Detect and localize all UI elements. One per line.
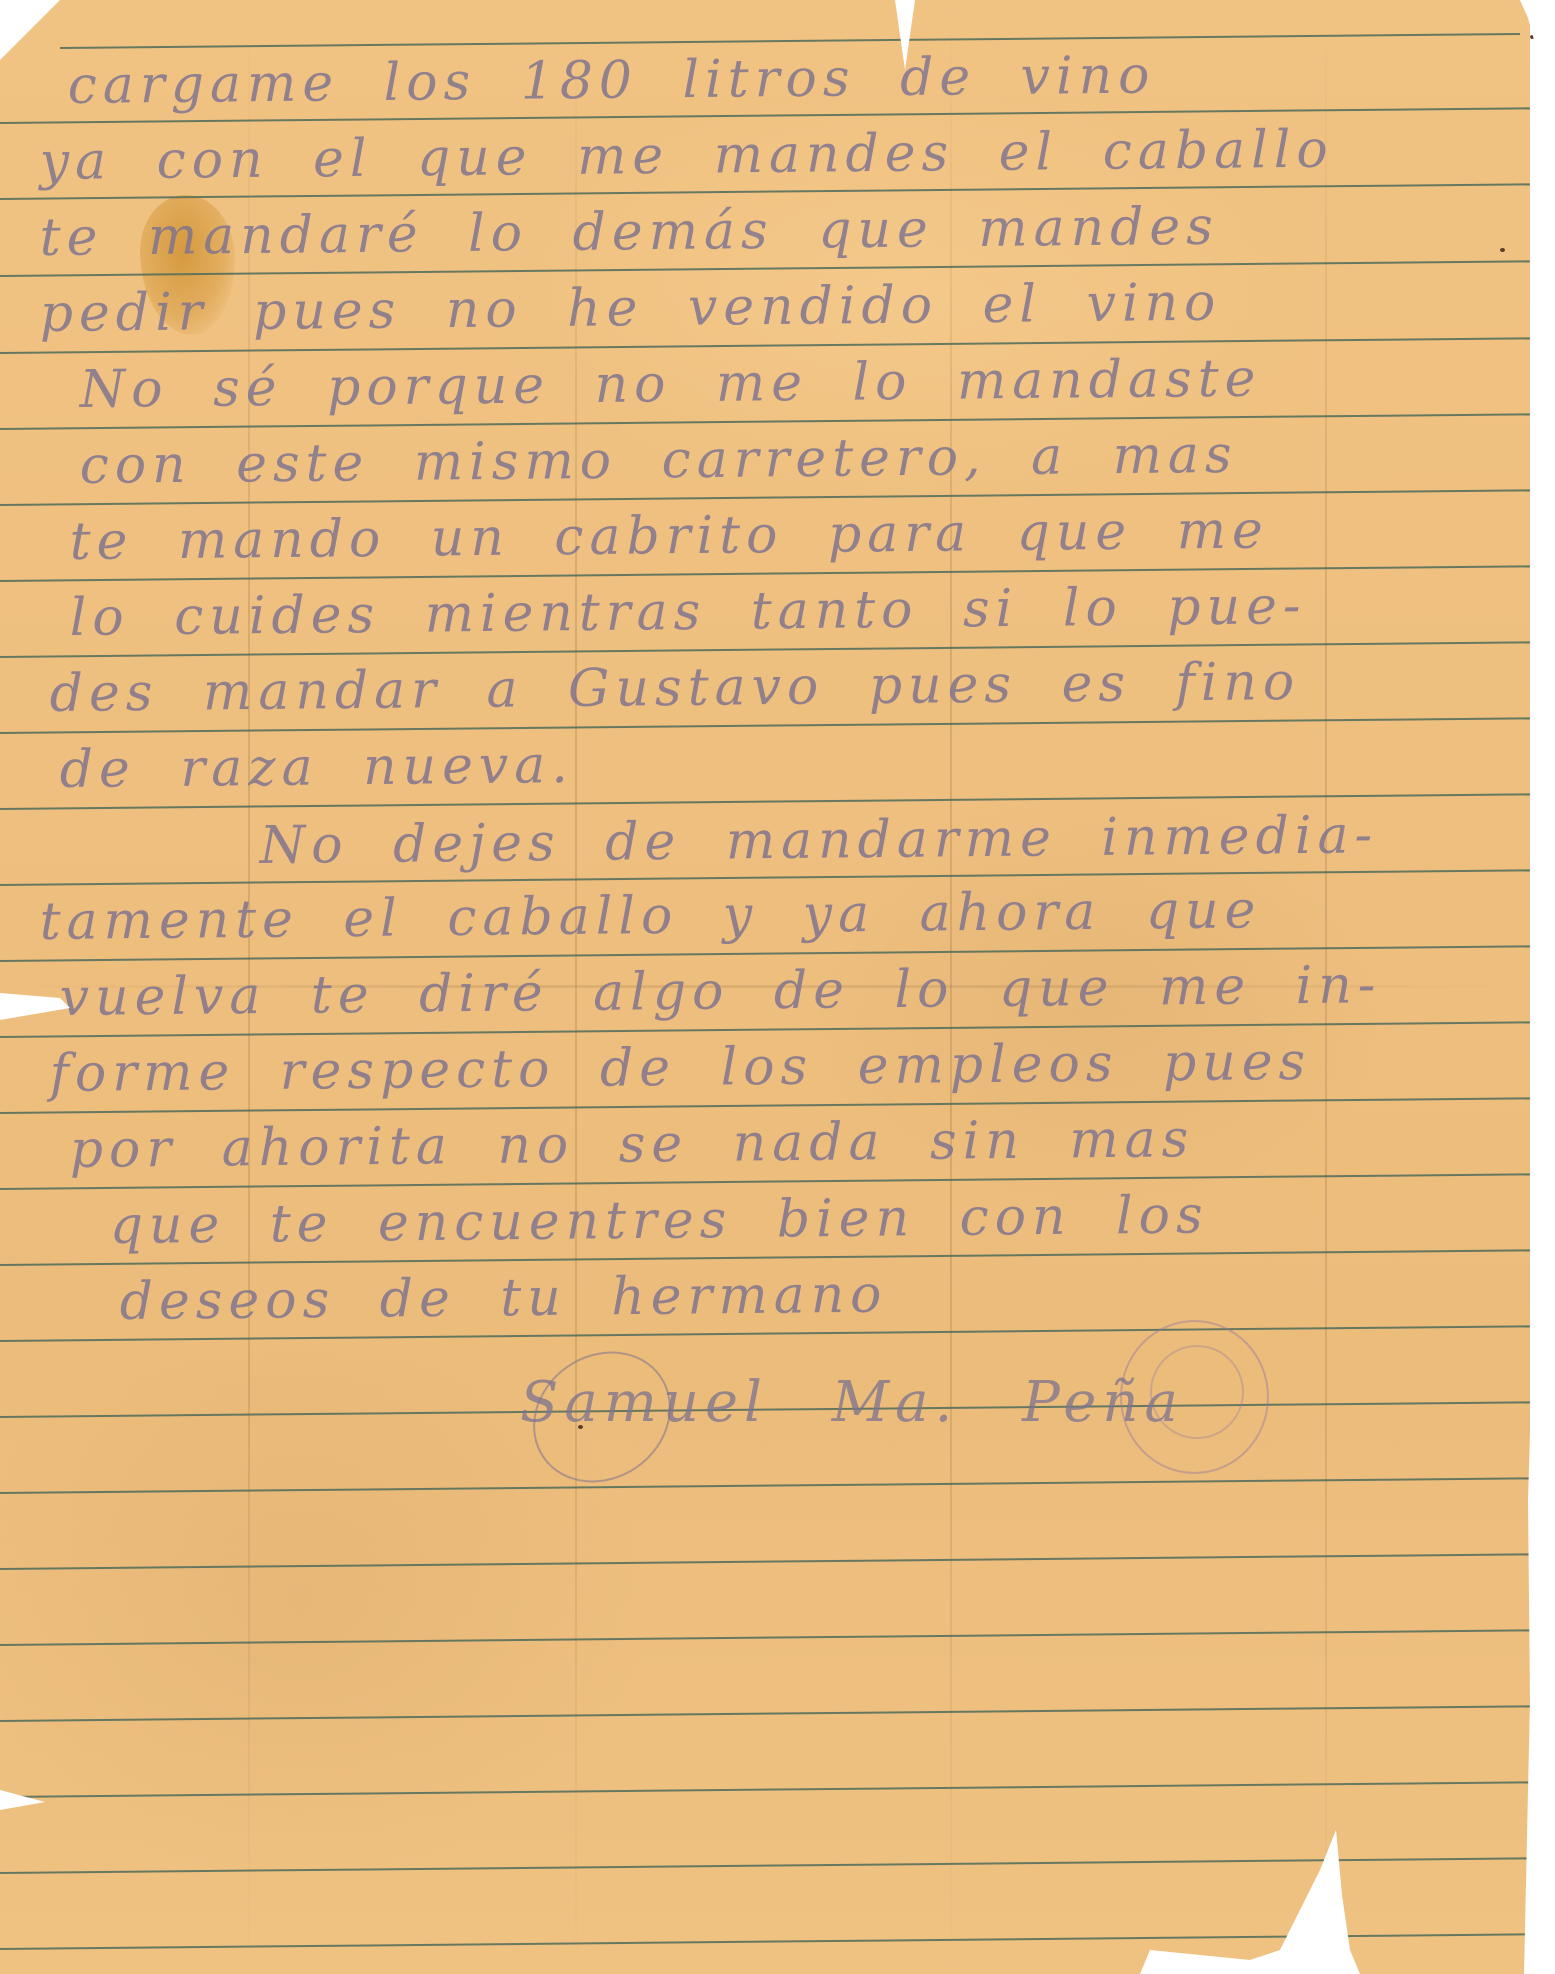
ink-speck bbox=[578, 1425, 583, 1429]
letter-line: te mando un cabrito para que me bbox=[69, 500, 1269, 572]
letter-line: No sé porque no me lo mandaste bbox=[79, 349, 1261, 420]
letter-line: te mandaré lo demás que mandes bbox=[39, 197, 1219, 268]
ruled-line bbox=[0, 1705, 1530, 1722]
letter-line: de raza nueva. bbox=[59, 735, 574, 800]
signature: Samuel Ma. Peña bbox=[520, 1370, 1184, 1435]
letter-line: ya con el que me mandes el caballo bbox=[39, 120, 1334, 192]
ruled-line bbox=[0, 1629, 1530, 1646]
ruled-line bbox=[0, 1857, 1530, 1874]
letter-line: deseos de tu hermano bbox=[119, 1265, 887, 1332]
letter-line: con este mismo carretero, a mas bbox=[79, 425, 1237, 496]
ruled-line bbox=[0, 869, 1530, 886]
ink-speck bbox=[1530, 35, 1535, 39]
letter-line: vuelva te diré algo de lo que me in- bbox=[59, 955, 1381, 1028]
ruled-line bbox=[0, 1477, 1530, 1494]
letter-line: que te encuentres bien con los bbox=[109, 1185, 1208, 1256]
letter-line: forme respecto de los empleos pues bbox=[49, 1032, 1311, 1104]
ruled-line bbox=[60, 33, 1520, 49]
letter-line: cargame los 180 litros de vino bbox=[67, 46, 1155, 116]
ink-speck bbox=[1500, 248, 1505, 252]
letter-line: pedir pues no he vendido el vino bbox=[39, 273, 1221, 344]
letter-line: por ahorita no se nada sin mas bbox=[69, 1109, 1194, 1180]
letter-line: tamente el caballo y ya ahora que bbox=[39, 880, 1261, 952]
letter-paper: cargame los 180 litros de vino ya con el… bbox=[0, 0, 1530, 1974]
letter-line: No dejes de mandarme inmedia- bbox=[259, 805, 1378, 876]
ruled-line bbox=[0, 1553, 1530, 1570]
ruled-line bbox=[0, 1933, 1530, 1950]
letter-line: des mandar a Gustavo pues es fino bbox=[49, 652, 1300, 724]
letter-line: lo cuides mientras tanto si lo pue- bbox=[69, 576, 1306, 648]
ruled-line bbox=[0, 1781, 1530, 1798]
